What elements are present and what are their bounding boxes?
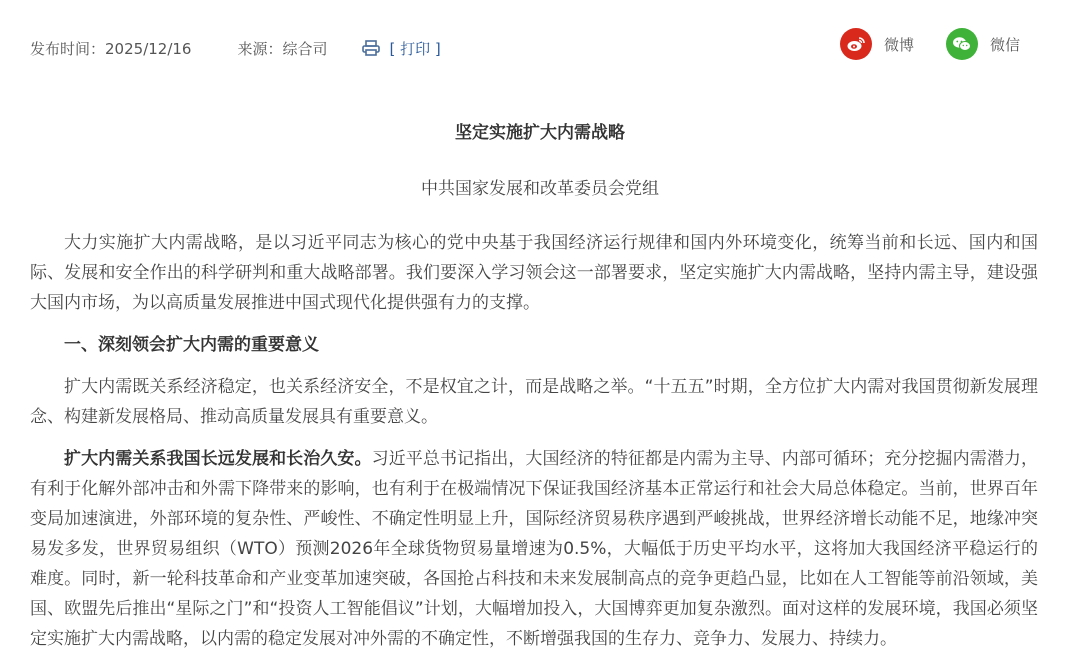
wechat-icon <box>946 28 978 60</box>
paragraph-text: 习近平总书记指出，大国经济的特征都是内需为主导、内部可循环；充分挖掘内需潜力，有… <box>30 449 1038 649</box>
source-label: 来源： <box>237 40 282 58</box>
weibo-label[interactable]: 微博 <box>884 34 914 55</box>
share-wechat-button[interactable]: 微信 <box>946 28 1020 60</box>
publish-label: 发布时间： <box>30 40 105 58</box>
publish-date: 2025/12/16 <box>105 40 191 58</box>
article-meta-bar: 发布时间：2025/12/16 来源：综合司 [ 打印 ] <box>30 36 441 60</box>
paragraph-lead: 扩大内需关系我国长远发展和长治久安。 <box>64 449 372 469</box>
share-bar: 微博 微信 <box>840 28 1020 60</box>
paragraph: 扩大内需关系我国长远发展和长治久安。习近平总书记指出，大国经济的特征都是内需为主… <box>30 444 1038 654</box>
article-author: 中共国家发展和改革委员会党组 <box>0 174 1080 199</box>
weibo-icon <box>840 28 872 60</box>
source-info: 来源：综合司 <box>237 38 327 59</box>
paragraph: 扩大内需既关系经济稳定，也关系经济安全，不是权宜之计，而是战略之举。“十五五”时… <box>30 372 1038 432</box>
source-value: 综合司 <box>283 40 328 58</box>
wechat-label[interactable]: 微信 <box>990 34 1020 55</box>
publish-info: 发布时间：2025/12/16 <box>30 38 191 59</box>
section-heading: 一、深刻领会扩大内需的重要意义 <box>30 330 1038 360</box>
print-label[interactable]: [ 打印 ] <box>390 38 441 59</box>
intro-paragraph: 大力实施扩大内需战略，是以习近平同志为核心的党中央基于我国经济运行规律和国内外环… <box>30 228 1038 318</box>
share-weibo-button[interactable]: 微博 <box>840 28 914 60</box>
article-body: 大力实施扩大内需战略，是以习近平同志为核心的党中央基于我国经济运行规律和国内外环… <box>30 228 1038 661</box>
print-button[interactable]: [ 打印 ] <box>362 38 441 59</box>
printer-icon <box>362 40 380 56</box>
article-title: 坚定实施扩大内需战略 <box>0 118 1080 143</box>
